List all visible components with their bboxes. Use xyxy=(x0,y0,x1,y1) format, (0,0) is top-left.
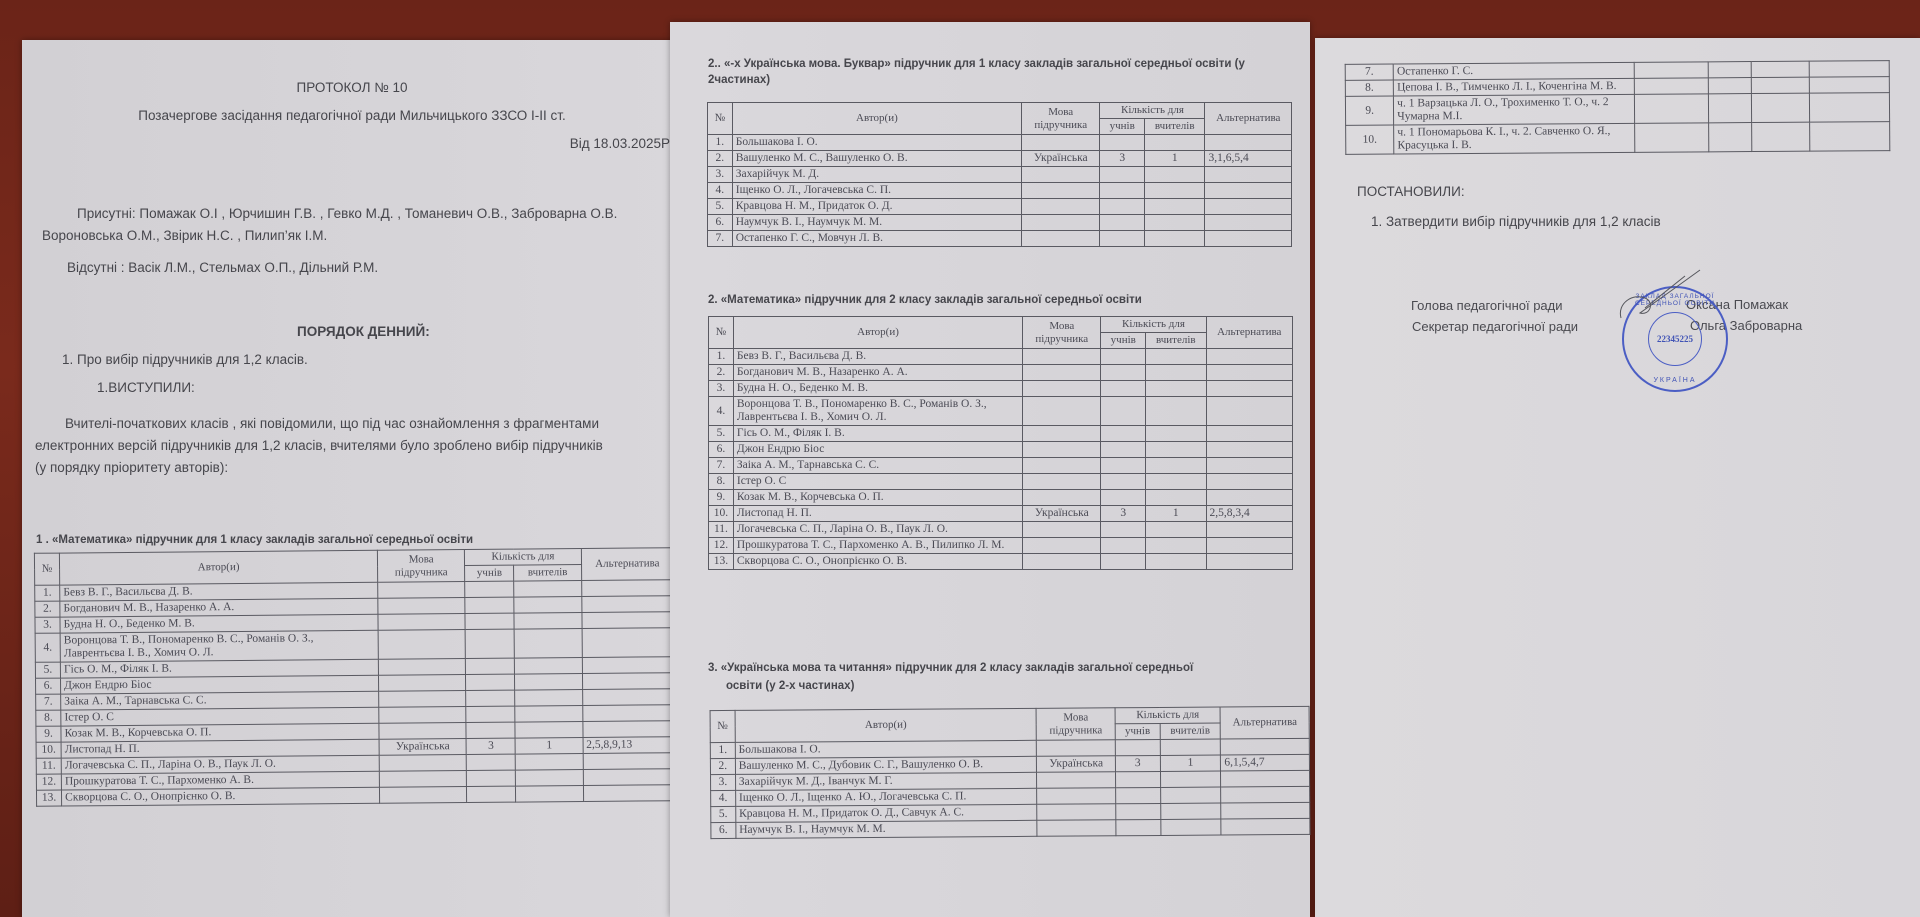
col-alternative: Альтернатива xyxy=(581,548,674,581)
row-language xyxy=(1023,522,1101,538)
row-language xyxy=(379,771,466,788)
row-alternative xyxy=(1206,554,1292,570)
table-row: 4.Воронцова Т. В., Пономаренко В. С., Ро… xyxy=(709,397,1293,426)
ukrainian-reading-grade2-table-continued: 7.Остапенко Г. С.8.Цепова І. В., Тимченк… xyxy=(1345,60,1891,155)
row-number: 5. xyxy=(709,426,734,442)
row-author: Воронцова Т. В., Пономаренко В. С., Рома… xyxy=(60,630,378,662)
row-alternative xyxy=(581,580,673,597)
row-language xyxy=(378,659,465,676)
row-students-count xyxy=(1101,538,1146,554)
row-teachers-count xyxy=(1144,135,1205,151)
row-author: Вашуленко М. С., Вашуленко О. В. xyxy=(732,151,1021,167)
table3-caption: 2. «Математика» підручник для 2 класу за… xyxy=(708,294,1142,306)
row-teachers-count xyxy=(1146,349,1206,365)
table-row: 3.Будна Н. О., Беденко М. В. xyxy=(709,381,1293,397)
row-teachers-count xyxy=(1144,215,1205,231)
row-number: 5. xyxy=(708,199,733,215)
table1-caption: 1 . «Математика» підручник для 1 класу з… xyxy=(36,534,473,546)
row-teachers-count xyxy=(514,597,581,614)
table4-caption-line1: 3. «Українська мова та читання» підручни… xyxy=(708,662,1193,674)
row-number: 8. xyxy=(709,474,734,490)
row-teachers-count xyxy=(515,658,582,675)
row-teachers-count xyxy=(1161,819,1222,835)
row-students-count xyxy=(467,786,516,802)
table4-caption-line2: освіти (у 2-х частинах) xyxy=(726,680,854,692)
row-teachers-count xyxy=(1146,554,1206,570)
col-students: учнів xyxy=(465,565,514,581)
row-alternative xyxy=(1206,442,1292,458)
row-teachers-count xyxy=(1144,199,1205,215)
stamp-country: УКРАЇНА xyxy=(1624,377,1726,384)
row-alternative xyxy=(1221,770,1310,787)
row-number: 10. xyxy=(709,506,734,522)
row-alternative xyxy=(582,628,675,658)
col-num: № xyxy=(708,103,733,135)
row-language: Українська xyxy=(379,739,466,756)
protocol-page-3: 7.Остапенко Г. С.8.Цепова І. В., Тимченк… xyxy=(1315,38,1920,917)
row-language xyxy=(378,630,466,660)
row-students-count: 3 xyxy=(1100,151,1145,167)
row-language xyxy=(1037,804,1116,821)
row-number: 13. xyxy=(709,554,734,570)
row-language xyxy=(1037,772,1116,789)
row-language: Українська xyxy=(1022,151,1100,167)
row-language xyxy=(1023,397,1101,426)
row-teachers-count xyxy=(1144,167,1205,183)
row-students-count xyxy=(1101,554,1146,570)
row-author: Істер О. С xyxy=(733,474,1022,490)
col-author: Автор(и) xyxy=(735,708,1037,742)
row-teachers-count xyxy=(515,690,582,707)
table-row: 1.Большакова І. О. xyxy=(708,135,1292,151)
row-number: 12. xyxy=(36,774,61,790)
row-number: 7. xyxy=(708,231,733,247)
row-alternative xyxy=(1206,397,1292,426)
row-alternative xyxy=(1809,93,1890,123)
paragraph-line2: електронних версій підручників для 1,2 к… xyxy=(35,438,603,453)
row-number: 7. xyxy=(36,694,61,710)
row-alternative xyxy=(583,769,675,786)
table-row: 6.Джон Ендрю Біос xyxy=(709,442,1293,458)
row-students-count xyxy=(1101,522,1146,538)
ukrainian-primer-grade1-table: № Автор(и) Мовапідручника Кількість для … xyxy=(707,102,1292,247)
secretary-role: Секретар педагогічної ради xyxy=(1412,319,1578,334)
row-students-count xyxy=(465,597,514,613)
row-teachers-count xyxy=(1146,458,1206,474)
row-language xyxy=(379,755,466,772)
row-students-count xyxy=(465,581,514,597)
row-number: 8. xyxy=(1345,80,1393,96)
row-number: 6. xyxy=(711,822,736,838)
row-language xyxy=(1023,554,1101,570)
row-students-count: 3 xyxy=(1101,506,1146,522)
row-alternative: 3,1,6,5,4 xyxy=(1205,151,1292,167)
row-teachers-count xyxy=(1160,787,1221,803)
row-language: Українська xyxy=(1023,506,1101,522)
row-students-count xyxy=(466,722,515,738)
spoke-heading: 1.ВИСТУПИЛИ: xyxy=(97,380,195,395)
row-teachers-count: 1 xyxy=(1160,755,1221,771)
row-number: 9. xyxy=(1345,96,1393,125)
row-teachers-count xyxy=(1160,803,1221,819)
protocol-title: ПРОТОКОЛ № 10 xyxy=(22,80,682,95)
row-number: 3. xyxy=(709,381,734,397)
row-students-count: 3 xyxy=(1115,755,1160,771)
row-language xyxy=(1037,788,1116,805)
col-alternative: Альтернатива xyxy=(1220,706,1309,739)
row-alternative xyxy=(1206,474,1292,490)
row-alternative xyxy=(1221,802,1310,819)
signature-icon xyxy=(1615,268,1705,328)
row-teachers-count xyxy=(1146,490,1206,506)
row-language xyxy=(1022,183,1100,199)
row-language xyxy=(379,675,466,692)
row-students-count xyxy=(466,658,515,674)
row-number: 4. xyxy=(708,183,733,199)
table-row: 11.Логачевська С. П., Ларіна О. В., Паук… xyxy=(709,522,1293,538)
row-author: Логачевська С. П., Ларіна О. В., Паук Л.… xyxy=(733,522,1022,538)
row-number: 2. xyxy=(709,365,734,381)
row-students-count xyxy=(1101,458,1146,474)
row-alternative xyxy=(582,705,674,722)
row-teachers-count xyxy=(1146,538,1206,554)
row-alternative xyxy=(581,596,673,613)
row-author: Будна Н. О., Беденко М. В. xyxy=(733,381,1022,397)
row-author: Прошкуратова Т. С., Пархоменко А. В., Пи… xyxy=(733,538,1022,554)
row-number: 4. xyxy=(35,633,60,662)
row-number: 6. xyxy=(709,442,734,458)
agenda-item: 1. Про вибір підручників для 1,2 класів. xyxy=(62,352,308,367)
row-alternative xyxy=(1206,538,1292,554)
row-teachers-count xyxy=(514,613,581,630)
row-language xyxy=(379,691,466,708)
row-author: Захарійчук М. Д. xyxy=(732,167,1021,183)
ukrainian-reading-grade2-table: № Автор(и) Мовапідручника Кількість для … xyxy=(710,706,1311,839)
row-language xyxy=(1634,62,1708,79)
row-number: 12. xyxy=(709,538,734,554)
row-alternative xyxy=(582,689,674,706)
table-row: 7.Остапенко Г. С., Мовчун Л. В. xyxy=(708,231,1292,247)
row-number: 2. xyxy=(710,758,735,774)
row-students-count xyxy=(465,613,514,629)
row-alternative xyxy=(1809,77,1890,94)
row-students-count xyxy=(1116,819,1161,835)
row-students-count xyxy=(1115,771,1160,787)
row-students-count xyxy=(467,770,516,786)
row-teachers-count xyxy=(516,786,583,803)
row-language xyxy=(378,614,465,631)
table-row: 4.Іщенко О. Л., Логачевська С. П. xyxy=(708,183,1292,199)
col-teachers: вчителів xyxy=(1160,723,1221,739)
row-teachers-count xyxy=(515,629,582,659)
row-number: 9. xyxy=(36,726,61,742)
row-teachers-count xyxy=(1751,61,1808,77)
row-students-count xyxy=(1708,123,1752,152)
col-students: учнів xyxy=(1100,119,1145,135)
col-students: учнів xyxy=(1115,723,1160,739)
row-alternative xyxy=(1205,183,1292,199)
row-language xyxy=(1023,381,1101,397)
row-students-count xyxy=(1101,442,1146,458)
col-num: № xyxy=(710,710,735,742)
row-students-count xyxy=(465,629,514,658)
row-author: Листопад Н. П. xyxy=(733,506,1022,522)
row-students-count xyxy=(1116,803,1161,819)
row-language: Українська xyxy=(1037,756,1116,773)
row-students-count xyxy=(1708,94,1752,123)
row-language xyxy=(1022,167,1100,183)
resolved-heading: ПОСТАНОВИЛИ: xyxy=(1357,184,1465,199)
row-number: 1. xyxy=(708,135,733,151)
row-language xyxy=(380,787,467,804)
row-students-count xyxy=(1100,183,1145,199)
row-alternative xyxy=(1206,381,1292,397)
row-students-count xyxy=(1101,365,1146,381)
row-teachers-count: 1 xyxy=(1146,506,1206,522)
row-language xyxy=(1023,474,1101,490)
row-number: 1. xyxy=(35,585,60,601)
row-teachers-count xyxy=(1144,231,1205,247)
col-students: учнів xyxy=(1101,333,1146,349)
table-row: 2.Богданович М. В., Назаренко А. А. xyxy=(709,365,1293,381)
table-row: 9.ч. 1 Варзацька Л. О., Трохименко Т. О.… xyxy=(1345,93,1889,126)
table-row: 8.Істер О. С xyxy=(709,474,1293,490)
row-alternative: 6,1,5,4,7 xyxy=(1221,754,1310,771)
col-count-for: Кількість для xyxy=(1115,707,1220,724)
row-teachers-count xyxy=(515,722,582,739)
row-alternative xyxy=(582,673,674,690)
table-row: 5.Кравцова Н. М., Придаток О. Д. xyxy=(708,199,1292,215)
row-author: Кравцова Н. М., Придаток О. Д. xyxy=(732,199,1021,215)
row-number: 1. xyxy=(709,349,734,365)
row-author: Наумчук В. І., Наумчук М. М. xyxy=(736,820,1038,838)
row-teachers-count xyxy=(1146,365,1206,381)
row-alternative xyxy=(1206,426,1292,442)
row-language xyxy=(1635,123,1709,153)
row-alternative xyxy=(583,753,675,770)
row-number: 11. xyxy=(709,522,734,538)
row-author: Заіка А. М., Тарнавська С. С. xyxy=(733,458,1022,474)
row-language xyxy=(1635,94,1709,124)
row-teachers-count xyxy=(1144,183,1205,199)
row-alternative xyxy=(1205,135,1292,151)
table-row: 7.Заіка А. М., Тарнавська С. С. xyxy=(709,458,1293,474)
row-language xyxy=(379,707,466,724)
row-language xyxy=(1037,740,1116,757)
row-teachers-count xyxy=(1160,739,1221,755)
row-alternative: 2,5,8,9,13 xyxy=(583,737,675,754)
col-count-for: Кількість для xyxy=(1100,103,1205,119)
present-list-line2: Вороновська О.М., Звірик Н.С. , Пилип’як… xyxy=(42,228,327,243)
row-number: 8. xyxy=(36,710,61,726)
row-teachers-count xyxy=(1146,397,1206,426)
row-students-count xyxy=(1708,62,1752,78)
row-number: 6. xyxy=(35,678,60,694)
row-alternative xyxy=(1221,818,1310,835)
table-row: 6.Наумчук В. І., Наумчук М. М. xyxy=(711,818,1310,838)
row-author: Цепова І. В., Тимченко Л. І., Коченгіна … xyxy=(1393,78,1634,96)
row-number: 7. xyxy=(1345,64,1393,80)
row-language xyxy=(1023,426,1101,442)
row-language xyxy=(1023,538,1101,554)
col-count-for: Кількість для xyxy=(1101,317,1206,333)
row-number: 3. xyxy=(35,617,60,633)
col-alternative: Альтернатива xyxy=(1205,103,1292,135)
col-teachers: вчителів xyxy=(1144,119,1205,135)
chair-role: Голова педагогічної ради xyxy=(1411,298,1563,313)
row-students-count xyxy=(1116,787,1161,803)
row-number: 3. xyxy=(708,167,733,183)
row-students-count xyxy=(466,690,515,706)
row-number: 4. xyxy=(709,397,734,426)
col-teachers: вчителів xyxy=(514,565,581,582)
paragraph-line1: Вчителі-початкових класів , які повідоми… xyxy=(65,416,599,431)
row-alternative xyxy=(1221,786,1310,803)
row-teachers-count xyxy=(1146,442,1206,458)
row-language xyxy=(1023,490,1101,506)
row-number: 5. xyxy=(711,806,736,822)
table-row: 12.Прошкуратова Т. С., Пархоменко А. В.,… xyxy=(709,538,1293,554)
row-students-count xyxy=(1115,739,1160,755)
table-row: 9.Козак М. В., Корчевська О. П. xyxy=(709,490,1293,506)
row-number: 5. xyxy=(35,662,60,678)
col-author: Автор(и) xyxy=(733,317,1022,349)
row-language xyxy=(378,598,465,615)
row-teachers-count xyxy=(1146,426,1206,442)
row-teachers-count xyxy=(1752,122,1810,151)
row-teachers-count xyxy=(516,770,583,787)
present-list-line1: Присутні: Помажак О.І , Юрчишин Г.В. , Г… xyxy=(77,206,617,221)
stamp-code: 22345225 xyxy=(1657,334,1693,344)
row-alternative xyxy=(582,657,674,674)
meeting-date: Від 18.03.2025Р xyxy=(570,136,670,151)
agenda-heading: ПОРЯДОК ДЕННИЙ: xyxy=(297,324,430,339)
row-teachers-count xyxy=(1752,93,1810,122)
row-number: 13. xyxy=(36,790,61,806)
row-author: Богданович М. В., Назаренко А. А. xyxy=(733,365,1022,381)
row-students-count xyxy=(1101,349,1146,365)
table-row: 3.Захарійчук М. Д. xyxy=(708,167,1292,183)
row-language xyxy=(1023,349,1101,365)
row-teachers-count xyxy=(1146,522,1206,538)
row-alternative xyxy=(1809,122,1890,152)
row-alternative xyxy=(1206,458,1292,474)
row-language xyxy=(1023,365,1101,381)
row-language xyxy=(1023,442,1101,458)
row-alternative xyxy=(1206,490,1292,506)
table-row: 6.Наумчук В. І., Наумчук М. М. xyxy=(708,215,1292,231)
row-author: Іщенко О. Л., Логачевська С. П. xyxy=(732,183,1021,199)
row-language xyxy=(1037,820,1116,837)
row-number: 1. xyxy=(710,742,735,758)
row-teachers-count xyxy=(1752,77,1809,93)
paragraph-line3: (у порядку пріоритету авторів): xyxy=(35,460,228,475)
row-language xyxy=(1022,215,1100,231)
row-author: ч. 1 Варзацька Л. О., Трохименко Т. О., … xyxy=(1394,94,1635,125)
row-students-count xyxy=(1100,231,1145,247)
row-number: 11. xyxy=(36,758,61,774)
row-author: Гісь О. М., Філяк І. В. xyxy=(733,426,1022,442)
row-students-count xyxy=(1100,199,1145,215)
row-students-count xyxy=(1101,490,1146,506)
row-alternative xyxy=(1205,199,1292,215)
row-author: Скворцова С. О., Онопрієнко О. В. xyxy=(62,787,380,806)
table-row: 1.Бевз В. Г., Васильєва Д. В. xyxy=(709,349,1293,365)
table-row: 13.Скворцова С. О., Онопрієнко О. В. xyxy=(709,554,1293,570)
row-language xyxy=(379,723,466,740)
row-students-count xyxy=(1101,474,1146,490)
row-students-count xyxy=(467,754,516,770)
row-teachers-count xyxy=(515,706,582,723)
row-author: ч. 1 Пономарьова К. І., ч. 2. Савченко О… xyxy=(1394,123,1635,154)
row-author: Остапенко Г. С., Мовчун Л. В. xyxy=(732,231,1021,247)
row-students-count xyxy=(1101,397,1146,426)
row-students-count xyxy=(1101,381,1146,397)
meeting-subtitle: Позачергове засідання педагогічної ради … xyxy=(22,108,682,123)
row-students-count xyxy=(466,674,515,690)
row-alternative xyxy=(1206,365,1292,381)
table2-caption-line2: 2частинах) xyxy=(708,74,770,86)
row-students-count xyxy=(1100,167,1145,183)
protocol-page-2: 2.. «-х Українська мова. Буквар» підручн… xyxy=(670,22,1310,917)
row-number: 9. xyxy=(709,490,734,506)
row-author: Скворцова С. О., Онопрієнко О. В. xyxy=(733,554,1022,570)
row-alternative xyxy=(1206,349,1292,365)
table2-caption-line1: 2.. «-х Українська мова. Буквар» підручн… xyxy=(708,58,1245,70)
row-number: 3. xyxy=(711,774,736,790)
table-row: 5.Гісь О. М., Філяк І. В. xyxy=(709,426,1293,442)
row-author: Джон Ендрю Біос xyxy=(733,442,1022,458)
math-grade2-table: № Автор(и) Мовапідручника Кількість для … xyxy=(708,316,1293,570)
row-number: 7. xyxy=(709,458,734,474)
col-count-for: Кількість для xyxy=(465,549,581,566)
row-alternative xyxy=(583,785,675,802)
row-alternative xyxy=(1809,61,1890,78)
row-number: 10. xyxy=(36,742,61,758)
col-num: № xyxy=(34,553,59,585)
col-language: Мовапідручника xyxy=(377,550,465,583)
row-teachers-count xyxy=(514,581,581,598)
row-alternative xyxy=(1205,167,1292,183)
protocol-page-1: ПРОТОКОЛ № 10 Позачергове засідання педа… xyxy=(22,40,682,917)
col-language: Мовапідручника xyxy=(1036,708,1115,741)
row-alternative xyxy=(583,721,675,738)
row-students-count xyxy=(1100,215,1145,231)
row-teachers-count xyxy=(516,754,583,771)
row-students-count xyxy=(466,706,515,722)
resolved-item: 1. Затвердити вибір підручників для 1,2 … xyxy=(1371,214,1661,229)
row-alternative xyxy=(582,612,674,629)
table-row: 2.Вашуленко М. С., Вашуленко О. В.Україн… xyxy=(708,151,1292,167)
row-language xyxy=(1022,199,1100,215)
row-students-count xyxy=(1101,426,1146,442)
row-language xyxy=(1022,135,1100,151)
col-author: Автор(и) xyxy=(59,550,377,585)
table-row: 10.Листопад Н. П.Українська312,5,8,3,4 xyxy=(709,506,1293,522)
col-author: Автор(и) xyxy=(732,103,1021,135)
row-author: Остапенко Г. С. xyxy=(1393,62,1634,80)
row-students-count xyxy=(1708,78,1752,94)
row-author: Козак М. В., Корчевська О. П. xyxy=(733,490,1022,506)
row-teachers-count xyxy=(515,674,582,691)
absent-list: Відсутні : Васік Л.М., Стельмах О.П., Ді… xyxy=(67,260,378,275)
row-number: 2. xyxy=(35,601,60,617)
row-students-count xyxy=(1100,135,1145,151)
math-grade1-table: № Автор(и) Мовапідручника Кількість для … xyxy=(34,547,676,807)
row-teachers-count: 1 xyxy=(516,738,583,755)
row-author: Наумчук В. І., Наумчук М. М. xyxy=(732,215,1021,231)
row-author: Большакова І. О. xyxy=(732,135,1021,151)
